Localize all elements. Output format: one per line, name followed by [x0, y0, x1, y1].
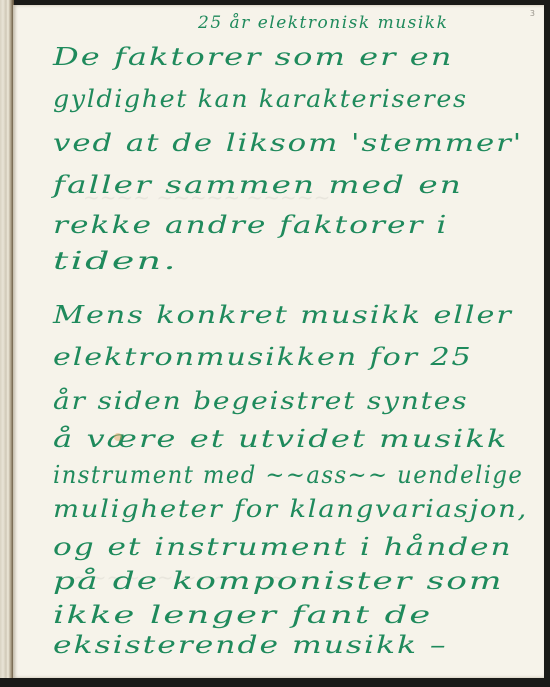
page-heading: 25 år elektronisk musikk — [198, 13, 448, 33]
text-line-11: instrument med ~~ass~~ uendelige — [53, 461, 523, 489]
text-line-7: Mens konkret musikk eller — [53, 301, 513, 329]
text-line-4: faller sammen med en — [53, 171, 463, 199]
text-line-1: De faktorer som er en — [53, 43, 453, 71]
text-line-3: ved at de liksom 'stemmer' — [53, 129, 523, 157]
text-line-12: muligheter for klangvariasjon, — [53, 495, 528, 523]
text-line-5: rekke andre faktorer i — [53, 211, 448, 239]
paper-stain — [114, 433, 122, 441]
page-number: 3 — [530, 9, 535, 18]
text-line-9: år siden begeistret syntes — [53, 387, 468, 415]
notebook-page: 3 ~~~~ ~~~~~ ~~~~~ ~~~~~~ ~~~~ ~~~~ 25 å… — [13, 5, 544, 678]
text-line-8: elektronmusikken for 25 — [53, 343, 473, 371]
text-line-13: og et instrument i hånden — [53, 533, 513, 561]
text-line-15: ikke lenger fant de — [53, 601, 432, 629]
book-page-edges — [0, 0, 14, 678]
text-line-2: gyldighet kan karakteriseres — [53, 85, 468, 113]
text-line-14: på de komponister som — [53, 567, 504, 595]
text-line-16: eksisterende musikk – — [53, 631, 448, 659]
text-line-6: tiden. — [53, 247, 178, 275]
